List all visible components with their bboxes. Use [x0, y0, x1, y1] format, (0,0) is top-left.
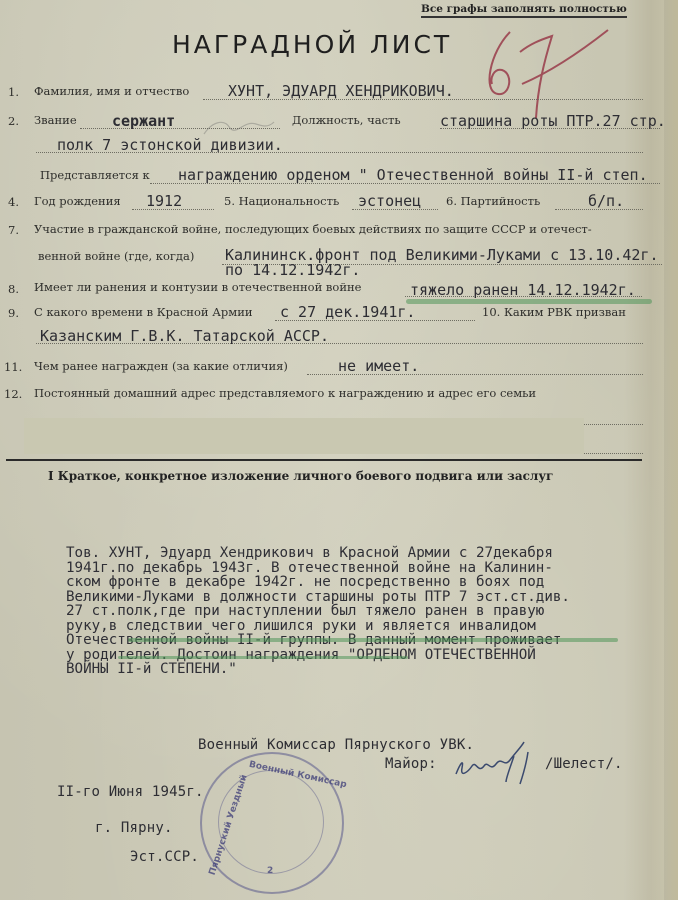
field-7-label: Участие в гражданской войне, последующих… [34, 222, 592, 236]
field-9-value-since: с 27 дек.1941г. [280, 303, 415, 321]
handwritten-number-mark [480, 22, 620, 122]
narrative-line: ВОЙНЫ II-й СТЕПЕНИ." [66, 662, 570, 677]
field-6-label: Партийность [461, 194, 541, 208]
field-9-label: С какого времени в Красной Армии [34, 305, 253, 319]
page-edge [664, 0, 678, 900]
field-5-value-nationality: эстонец [358, 192, 421, 210]
signer-title: Военный Комиссар Пярнуского УВК. [198, 737, 474, 753]
field-4-label: Год рождения [34, 194, 121, 208]
field-1-label: Фамилия, имя и отчество [34, 84, 189, 98]
field-11-number: 11. [4, 360, 22, 374]
section-divider [6, 459, 642, 461]
narrative-line: Великими-Луками в должности старшины рот… [66, 590, 570, 605]
field-6-value-party: б/п. [588, 192, 624, 210]
field-3-value-position: старшина роты ПТР.27 стр. [440, 112, 666, 130]
field-12-label: Постоянный домашний адрес представляемог… [34, 386, 536, 400]
field-6-label-full: 6. Партийность [446, 194, 540, 208]
field-4-number: 4. [8, 195, 19, 209]
field-2-label: Звание [34, 113, 77, 127]
narrative-line: 1941г.по декабрь 1943г. В отечественной … [66, 561, 570, 576]
field-11-label: Чем ранее награжден (за какие отличия) [34, 359, 288, 373]
page-title: НАГРАДНОЙ ЛИСТ [172, 30, 452, 59]
document-date: II-го Июня 1945г. [57, 784, 204, 800]
section-heading: I Краткое, конкретное изложение личного … [48, 469, 553, 483]
narrative-line: ском фронте в декабре 1942г. не посредст… [66, 575, 570, 590]
award-value: награждению орденом " Отечественной войн… [178, 166, 648, 184]
field-12-number: 12. [4, 387, 22, 401]
field-5-number: 5. [224, 194, 235, 208]
field-8-label: Имеет ли ранения и контузии в отечествен… [34, 280, 361, 294]
document-city: г. Пярну. [95, 820, 173, 836]
document-republic: Эст.ССР. [130, 849, 199, 865]
field-8-number: 8. [8, 282, 19, 296]
green-marker-underline [406, 299, 652, 304]
faint-scribble [200, 114, 280, 144]
field-10-label-full: 10. Каким РВК призван [482, 305, 626, 319]
redacted-address-block [24, 418, 584, 454]
fill-all-fields-note: Все графы заполнять полностью [421, 3, 627, 18]
field-5-label-full: 5. Национальность [224, 194, 339, 208]
field-9-number: 9. [8, 306, 19, 320]
field-10-number: 10. [482, 305, 500, 319]
field-4-value-year: 1912 [146, 192, 182, 210]
field-1-value-name: ХУНТ, ЭДУАРД ХЕНДРИКОВИЧ. [228, 82, 454, 100]
award-label: Представляется к [40, 168, 150, 182]
narrative-line: у родителей. Достоин награждения "ОРДЕНО… [66, 648, 570, 663]
field-7-label-cont: венной войне (где, когда) [38, 249, 194, 263]
field-8-value-wounds: тяжело ранен 14.12.1942г. [410, 281, 636, 299]
narrative-line: Тов. ХУНТ, Эдуард Хендрикович в Красной … [66, 546, 570, 561]
green-marker-line-1 [128, 638, 618, 642]
narrative-line: 27 ст.полк,где при наступлении был тяжел… [66, 604, 570, 619]
signer-rank: Майор: [385, 756, 437, 772]
field-1-number: 1. [8, 85, 19, 99]
stamp-number: 2 [267, 866, 273, 876]
field-2-value-rank: сержант [112, 112, 175, 130]
signer-name: /Шелест/. [545, 756, 623, 772]
field-10-label: Каким РВК призван [504, 305, 626, 319]
narrative-line: руку,в следствии чего лишился руки и явл… [66, 619, 570, 634]
field-11-value-awards: не имеет. [338, 357, 419, 375]
field-2-number: 2. [8, 114, 19, 128]
field-10-value-rvk: Казанским Г.В.К. Татарской АССР. [40, 327, 329, 345]
field-7-value-cont: по 14.12.1942г. [225, 261, 360, 279]
green-marker-line-2 [118, 656, 408, 659]
field-7-number: 7. [8, 223, 19, 237]
field-5-label: Национальность [239, 194, 340, 208]
field-6-number: 6. [446, 194, 457, 208]
field-3-label: Должность, часть [292, 113, 401, 127]
